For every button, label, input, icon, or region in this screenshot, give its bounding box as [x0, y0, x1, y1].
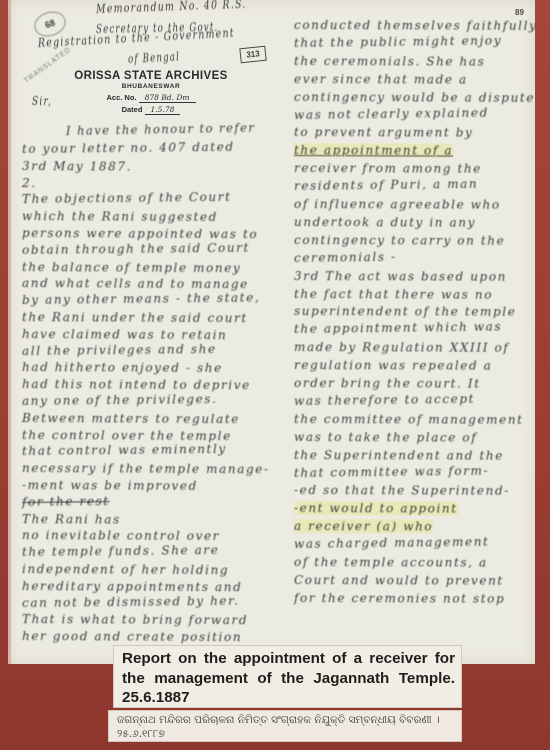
document-page: 68 TRANSLATED 313 89 ORISSA STATE ARCHIV…	[8, 0, 535, 664]
handwritten-line: by any other means - the state,	[22, 291, 260, 307]
handwritten-line: was to take the place of	[294, 430, 477, 445]
handwritten-line: -ed so that the Superintend-	[294, 483, 510, 498]
handwritten-line: persons were appointed was to	[22, 226, 258, 241]
handwritten-line: the fact that there was no	[294, 287, 493, 302]
handwritten-line: undertook a duty in any	[294, 215, 476, 230]
handwritten-line: the balance of temple money	[22, 260, 241, 275]
handwritten-line: Sir,	[32, 94, 52, 108]
handwritten-line: ever since that made a	[294, 72, 468, 87]
handwritten-line: hereditary appointments and	[22, 579, 242, 594]
handwritten-line: independent of her holding	[22, 562, 229, 577]
handwritten-line: residents of Puri, a man	[294, 177, 478, 193]
handwritten-line: the temple funds. She are	[22, 543, 220, 559]
handwritten-line: for the rest	[22, 494, 110, 509]
handwritten-line: have claimed was to retain	[22, 327, 227, 342]
handwritten-line: for the ceremonies not stop	[294, 591, 505, 606]
handwritten-line: the Superintendent and the	[294, 448, 504, 463]
handwritten-line: the Rani under the said court	[22, 310, 248, 325]
handwritten-line: was therefore to accept	[294, 392, 475, 408]
handwritten-line: that the public might enjoy	[294, 33, 502, 50]
handwritten-line: was charged management	[294, 535, 490, 551]
handwritten-line: superintendent of the temple	[294, 304, 517, 319]
handwritten-line: had hitherto enjoyed - she	[22, 360, 223, 375]
handwritten-line: all the privileges and she	[22, 342, 217, 358]
handwritten-line: was not clearly explained	[294, 105, 489, 121]
handwritten-line: 2.	[22, 176, 37, 190]
handwritten-line: 3rd May 1887.	[22, 159, 132, 174]
handwritten-line: Between matters to regulate	[22, 411, 240, 426]
handwritten-line: contingency to carry on the	[294, 233, 505, 248]
handwritten-line: no inevitable control over	[22, 528, 220, 543]
left-handwritten-column: Memorandum No. 40 R.S.Secretary to the G…	[8, 0, 276, 664]
handwritten-line: order bring the court. It	[294, 376, 481, 391]
caption-odia: ଜଗନ୍ନାଥ ମନ୍ଦିରର ପରିଚାଳନା ନିମିତ୍ତ ସଂଗ୍ରାହ…	[108, 710, 462, 742]
handwritten-line: I have the honour to refer	[66, 121, 256, 138]
handwritten-line: made by Regulation XXIII of	[294, 340, 509, 355]
handwritten-line: the control over the temple	[22, 428, 232, 443]
handwritten-line: The Rani has	[22, 512, 121, 527]
handwritten-line: contingency would be a dispute	[294, 90, 535, 105]
handwritten-line: of the temple accounts, a	[294, 555, 488, 570]
handwritten-line: regulation was repealed a	[294, 358, 492, 373]
handwritten-line: can not be dismissed by her.	[22, 593, 240, 609]
handwritten-line: the appointment which was	[294, 320, 502, 337]
handwritten-line: the appointment of a	[294, 143, 453, 158]
handwritten-line: ceremonials -	[294, 249, 397, 264]
handwritten-line: had this not intend to deprive	[22, 377, 251, 392]
handwritten-line: necessary if the temple manage-	[22, 461, 270, 476]
handwritten-line: her good and create position	[22, 629, 242, 644]
right-handwritten-column: conducted themselves faithfullythat the …	[276, 0, 535, 664]
handwritten-line: The objections of the Court	[22, 190, 232, 206]
handwritten-line: to prevent argument by	[294, 125, 473, 140]
handwritten-line: that control was eminently	[22, 442, 227, 458]
handwritten-line: Court and would to prevent	[294, 573, 504, 588]
handwritten-line: of Bengal	[128, 49, 181, 66]
handwritten-line: -ent would to appoint	[294, 501, 458, 516]
handwritten-line: of influence agreeable who	[294, 197, 501, 212]
handwritten-line: That is what to bring forward	[22, 612, 248, 627]
handwritten-line: which the Rani suggested	[22, 209, 218, 224]
handwritten-line: receiver from among the	[294, 161, 482, 176]
handwritten-line: Memorandum No. 40 R.S.	[96, 0, 247, 16]
handwritten-line: conducted themselves faithfully	[294, 18, 535, 33]
handwritten-line: the ceremonials. She has	[294, 54, 485, 69]
caption-english: Report on the appointment of a receiver …	[113, 645, 462, 708]
handwritten-line: -ment was be improved	[22, 478, 198, 493]
handwritten-line: to your letter no. 407 dated	[22, 140, 235, 156]
handwritten-line: and what cells and to manage	[22, 276, 249, 291]
handwritten-line: the committee of management	[294, 412, 524, 427]
handwritten-line: 3rd The act was based upon	[294, 269, 507, 284]
handwritten-line: obtain through the said Court	[22, 240, 250, 256]
handwritten-line: that committee was form-	[294, 463, 489, 479]
handwritten-line: any one of the privileges.	[22, 392, 218, 408]
handwritten-line: a receiver (a) who	[294, 519, 433, 533]
